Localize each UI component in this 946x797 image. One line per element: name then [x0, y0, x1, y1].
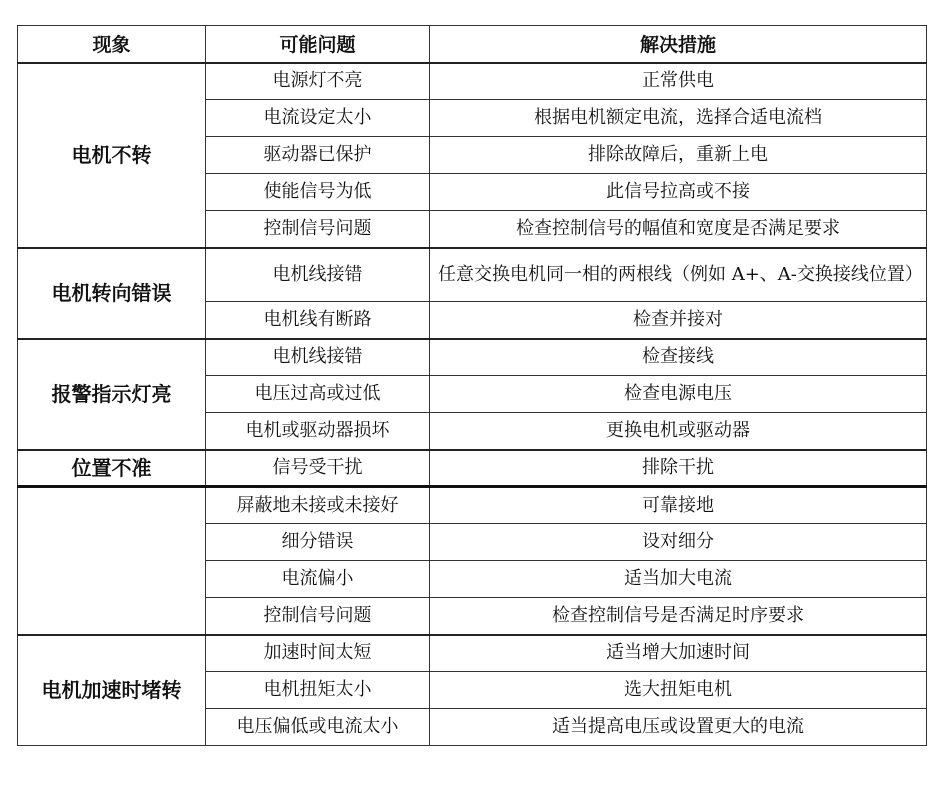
problem-cell: 驱动器已保护 [206, 137, 430, 174]
troubleshooting-table: 现象 可能问题 解决措施 电机不转 电源灯不亮 正常供电 电流设定太小 根据电机… [17, 25, 927, 746]
solution-cell: 设对细分 [430, 524, 927, 561]
solution-cell: 检查电源电压 [430, 376, 927, 413]
table-row: 位置不准 信号受干扰 排除干扰 [18, 450, 927, 487]
troubleshooting-table-container: 现象 可能问题 解决措施 电机不转 电源灯不亮 正常供电 电流设定太小 根据电机… [17, 25, 927, 746]
problem-cell: 电机线接错 [206, 339, 430, 376]
solution-cell: 适当提高电压或设置更大的电流 [430, 709, 927, 746]
table-row: 电机加速时堵转 加速时间太短 适当增大加速时间 [18, 635, 927, 672]
problem-cell: 电源灯不亮 [206, 63, 430, 100]
phenomenon-cell: 电机转向错误 [18, 248, 206, 339]
problem-cell: 控制信号问题 [206, 598, 430, 635]
problem-cell: 使能信号为低 [206, 174, 430, 211]
solution-cell: 排除干扰 [430, 450, 927, 487]
header-solution: 解决措施 [430, 26, 927, 63]
solution-cell: 检查控制信号是否满足时序要求 [430, 598, 927, 635]
header-problem: 可能问题 [206, 26, 430, 63]
header-phenomenon: 现象 [18, 26, 206, 63]
problem-cell: 屏蔽地未接或未接好 [206, 487, 430, 524]
solution-cell: 适当加大电流 [430, 561, 927, 598]
problem-cell: 电流偏小 [206, 561, 430, 598]
problem-cell: 电机线有断路 [206, 302, 430, 339]
problem-cell: 电压偏低或电流太小 [206, 709, 430, 746]
problem-cell: 控制信号问题 [206, 211, 430, 248]
problem-cell: 细分错误 [206, 524, 430, 561]
solution-cell: 适当增大加速时间 [430, 635, 927, 672]
problem-cell: 电压过高或过低 [206, 376, 430, 413]
solution-cell: 可靠接地 [430, 487, 927, 524]
problem-cell: 电机扭矩太小 [206, 672, 430, 709]
table-row: 电机转向错误 电机线接错 任意交换电机同一相的两根线（例如 A+、A-交换接线位… [18, 248, 927, 302]
solution-cell: 任意交换电机同一相的两根线（例如 A+、A-交换接线位置） [430, 248, 927, 302]
problem-cell: 电流设定太小 [206, 100, 430, 137]
table-row: 屏蔽地未接或未接好 可靠接地 [18, 487, 927, 524]
problem-cell: 加速时间太短 [206, 635, 430, 672]
solution-cell: 排除故障后，重新上电 [430, 137, 927, 174]
problem-cell: 电机或驱动器损坏 [206, 413, 430, 450]
solution-cell: 根据电机额定电流，选择合适电流档 [430, 100, 927, 137]
solution-cell: 检查接线 [430, 339, 927, 376]
header-row: 现象 可能问题 解决措施 [18, 26, 927, 63]
solution-cell: 更换电机或驱动器 [430, 413, 927, 450]
solution-cell: 正常供电 [430, 63, 927, 100]
phenomenon-cell: 电机不转 [18, 63, 206, 248]
solution-cell: 检查并接对 [430, 302, 927, 339]
phenomenon-cell: 电机加速时堵转 [18, 635, 206, 746]
solution-cell: 检查控制信号的幅值和宽度是否满足要求 [430, 211, 927, 248]
phenomenon-cell-empty [18, 487, 206, 635]
table-row: 电机不转 电源灯不亮 正常供电 [18, 63, 927, 100]
phenomenon-cell: 位置不准 [18, 450, 206, 487]
problem-cell: 电机线接错 [206, 248, 430, 302]
problem-cell: 信号受干扰 [206, 450, 430, 487]
solution-cell: 选大扭矩电机 [430, 672, 927, 709]
table-row: 报警指示灯亮 电机线接错 检查接线 [18, 339, 927, 376]
solution-cell: 此信号拉高或不接 [430, 174, 927, 211]
phenomenon-cell: 报警指示灯亮 [18, 339, 206, 450]
